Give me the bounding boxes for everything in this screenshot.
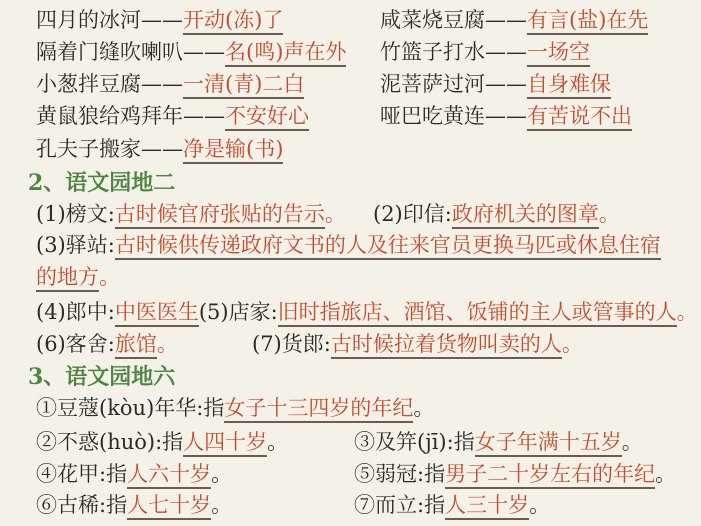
section3-heading: 3、语文园地六 <box>28 364 175 391</box>
term-label: (4)郎中: <box>36 300 115 324</box>
term-definition: 政府机关的图章 <box>452 202 599 229</box>
definition-item: (4)郎中:中医医生(5)店家:旧时指旅店、酒馆、饭铺的主人或管事的人。 <box>36 299 698 326</box>
term-definition: 女子十三四岁的年纪 <box>224 396 413 423</box>
term-definition: 人七十岁 <box>127 493 211 520</box>
end-mark: 。 <box>413 396 434 420</box>
definition-item: ⑦而立:指人三十岁。 <box>354 492 550 519</box>
definition-item: (6)客舍:旅馆。 <box>36 331 178 358</box>
xiehouyu-item: 孔夫子搬家——净是输(书) <box>36 136 283 163</box>
term-label: (3)驿站: <box>36 233 115 257</box>
xiehouyu-answer: 一场空 <box>527 40 590 67</box>
term-label: ①豆蔻(kòu)年华:指 <box>36 396 224 420</box>
definition-item: (1)榜文:古时候官府张贴的告示。 <box>36 201 346 228</box>
definition-item: ⑤弱冠:指男子二十岁左右的年纪。 <box>354 461 676 488</box>
term-definition: 中医医生 <box>115 300 199 327</box>
xiehouyu-answer: 不安好心 <box>225 104 309 131</box>
xiehouyu-item: 泥菩萨过河——自身难保 <box>380 71 611 98</box>
xiehouyu-question: 孔夫子搬家—— <box>36 137 183 161</box>
end-mark: 。 <box>267 430 288 454</box>
study-notes-page: 四月的冰河——开动(冻)了 咸菜烧豆腐——有言(盐)在先 隔着门缝吹喇叭——名(… <box>0 0 701 526</box>
definition-item: ①豆蔻(kòu)年华:指女子十三四岁的年纪。 <box>36 395 434 422</box>
end-mark: 。 <box>562 332 583 356</box>
term-label: ②不惑(huò):指 <box>36 430 183 454</box>
term-definition: 人四十岁 <box>183 430 267 457</box>
xiehouyu-item: 咸菜烧豆腐——有言(盐)在先 <box>380 7 648 34</box>
term-label: (7)货郎: <box>252 332 331 356</box>
definition-item: (3)驿站:古时候供传递政府文书的人及往来官员更换马匹或休息住宿 <box>36 232 661 259</box>
xiehouyu-item: 小葱拌豆腐——一清(青)二白 <box>36 71 304 98</box>
end-mark: 。 <box>157 332 178 356</box>
xiehouyu-item: 哑巴吃黄连——有苦说不出 <box>380 103 632 130</box>
end-mark: 。 <box>622 430 643 454</box>
term-definition: 古时候官府张贴的告示 <box>115 202 325 229</box>
end-mark: 。 <box>99 265 120 289</box>
term-definition: 人三十岁 <box>445 493 529 520</box>
term-definition: 男子二十岁左右的年纪 <box>445 462 655 489</box>
end-mark: 。 <box>211 493 232 517</box>
term-label: ⑤弱冠:指 <box>354 462 445 486</box>
term-label: (2)印信: <box>373 202 452 226</box>
term-label: ⑦而立:指 <box>354 493 445 517</box>
end-mark: 。 <box>677 300 698 324</box>
xiehouyu-answer: 有言(盐)在先 <box>527 8 648 35</box>
term-definition: 旧时指旅店、酒馆、饭铺的主人或管事的人 <box>278 300 677 327</box>
xiehouyu-item: 黄鼠狼给鸡拜年——不安好心 <box>36 103 309 130</box>
end-mark: 。 <box>599 202 620 226</box>
section2-heading: 2、语文园地二 <box>28 170 175 197</box>
definition-item: (2)印信:政府机关的图章。 <box>373 201 620 228</box>
definition-item: ④花甲:指人六十岁。 <box>36 461 232 488</box>
term-definition: 旅馆 <box>115 332 157 359</box>
term-definition: 人六十岁 <box>127 462 211 489</box>
xiehouyu-question: 泥菩萨过河—— <box>380 72 527 96</box>
definition-item: (7)货郎:古时候拉着货物叫卖的人。 <box>252 331 583 358</box>
definition-item-continued: 的地方。 <box>36 264 120 291</box>
xiehouyu-answer: 开动(冻)了 <box>183 8 283 35</box>
xiehouyu-item: 竹篮子打水——一场空 <box>380 39 590 66</box>
term-label: (1)榜文: <box>36 202 115 226</box>
xiehouyu-question: 咸菜烧豆腐—— <box>380 8 527 32</box>
xiehouyu-question: 小葱拌豆腐—— <box>36 72 183 96</box>
xiehouyu-question: 竹篮子打水—— <box>380 40 527 64</box>
xiehouyu-answer: 自身难保 <box>527 72 611 99</box>
xiehouyu-item: 隔着门缝吹喇叭——名(鸣)声在外 <box>36 39 346 66</box>
xiehouyu-answer: 有苦说不出 <box>527 104 632 131</box>
xiehouyu-question: 隔着门缝吹喇叭—— <box>36 40 225 64</box>
end-mark: 。 <box>529 493 550 517</box>
term-label: ⑥古稀:指 <box>36 493 127 517</box>
end-mark: 。 <box>211 462 232 486</box>
term-definition: 女子年满十五岁 <box>475 430 622 457</box>
term-definition: 古时候拉着货物叫卖的人 <box>331 332 562 359</box>
term-definition: 古时候供传递政府文书的人及往来官员更换马匹或休息住宿 <box>115 233 661 260</box>
term-label: ③及笄(jī):指 <box>354 430 475 454</box>
xiehouyu-answer: 名(鸣)声在外 <box>225 40 346 67</box>
term-definition: 的地方 <box>36 265 99 292</box>
term-label: ④花甲:指 <box>36 462 127 486</box>
end-mark: 。 <box>325 202 346 226</box>
xiehouyu-answer: 一清(青)二白 <box>183 72 304 99</box>
definition-item: ②不惑(huò):指人四十岁。 <box>36 429 288 456</box>
xiehouyu-answer: 净是输(书) <box>183 137 283 164</box>
xiehouyu-item: 四月的冰河——开动(冻)了 <box>36 7 283 34</box>
definition-item: ③及笄(jī):指女子年满十五岁。 <box>354 429 643 456</box>
xiehouyu-question: 黄鼠狼给鸡拜年—— <box>36 104 225 128</box>
xiehouyu-question: 四月的冰河—— <box>36 8 183 32</box>
xiehouyu-question: 哑巴吃黄连—— <box>380 104 527 128</box>
definition-item: ⑥古稀:指人七十岁。 <box>36 492 232 519</box>
term-label: (5)店家: <box>199 300 278 324</box>
term-label: (6)客舍: <box>36 332 115 356</box>
end-mark: 。 <box>655 462 676 486</box>
